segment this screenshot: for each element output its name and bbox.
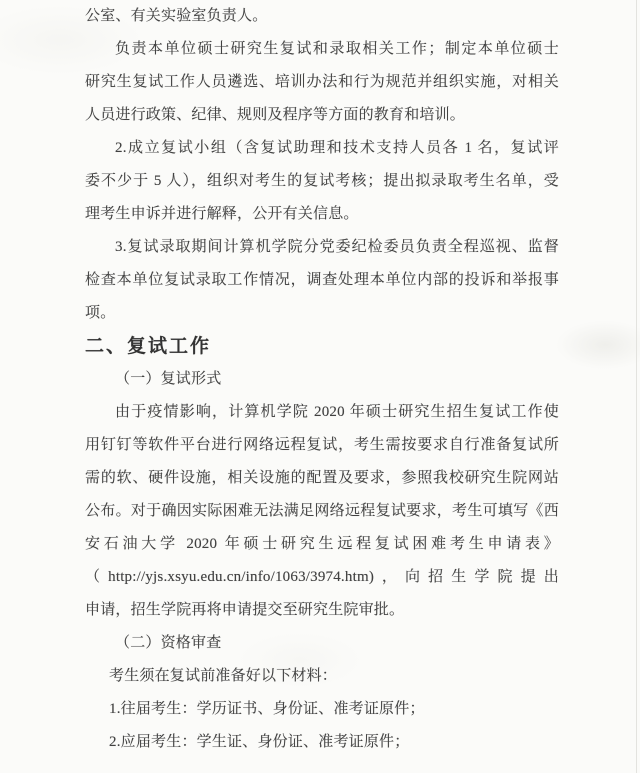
doc-line: 申请，招生学院再将申请提交至研究生院审批。 bbox=[85, 594, 559, 627]
doc-line: 需的软、硬件设施，相关设施的配置及要求，参照我校研究生院网站 bbox=[85, 462, 559, 495]
doc-line: 检查本单位复试录取工作情况，调查处理本单位内部的投诉和举报事 bbox=[85, 264, 559, 297]
doc-line: 理考生申诉并进行解释，公开有关信息。 bbox=[85, 198, 559, 231]
doc-line: 由于疫情影响，计算机学院 2020 年硕士研究生招生复试工作使 bbox=[85, 396, 559, 429]
doc-line: 研究生复试工作人员遴选、培训办法和行为规范并组织实施，对相关 bbox=[85, 66, 559, 99]
doc-line: 人员进行政策、纪律、规则及程序等方面的教育和培训。 bbox=[85, 99, 559, 132]
doc-line: 2.应届考生：学生证、身份证、准考证原件； bbox=[85, 726, 559, 759]
doc-line: （http://yjs.xsyu.edu.cn/info/1063/3974.h… bbox=[85, 561, 559, 594]
page-edge-line bbox=[636, 0, 637, 773]
doc-line: 1.往届考生：学历证书、身份证、准考证原件； bbox=[85, 693, 559, 726]
doc-line: 项。 bbox=[85, 297, 559, 330]
doc-line: （二）资格审查 bbox=[85, 627, 559, 660]
doc-line: 委不少于 5 人），组织对考生的复试考核；提出拟录取考生名单，受 bbox=[85, 165, 559, 198]
scanned-page: 公室、有关实验室负责人。负责本单位硕士研究生复试和录取相关工作；制定本单位硕士研… bbox=[0, 0, 640, 773]
doc-line: 3.复试录取期间计算机学院分党委纪检委员负责全程巡视、监督 bbox=[85, 231, 559, 264]
doc-line: （一）复试形式 bbox=[85, 363, 559, 396]
doc-line: 公室、有关实验室负责人。 bbox=[85, 0, 559, 33]
doc-line: 安石油大学 2020 年硕士研究生远程复试困难考生申请表》 bbox=[85, 528, 559, 561]
doc-line: 负责本单位硕士研究生复试和录取相关工作；制定本单位硕士 bbox=[85, 33, 559, 66]
section-heading: 二、复试工作 bbox=[85, 330, 559, 363]
doc-line: 用钉钉等软件平台进行网络远程复试，考生需按要求自行准备复试所 bbox=[85, 429, 559, 462]
document-text-block: 公室、有关实验室负责人。负责本单位硕士研究生复试和录取相关工作；制定本单位硕士研… bbox=[85, 0, 559, 759]
doc-line: 2.成立复试小组（含复试助理和技术支持人员各 1 名，复试评 bbox=[85, 132, 559, 165]
doc-line: 考生须在复试前准备好以下材料： bbox=[85, 660, 559, 693]
doc-line: 公布。对于确因实际困难无法满足网络远程复试要求，考生可填写《西 bbox=[85, 495, 559, 528]
